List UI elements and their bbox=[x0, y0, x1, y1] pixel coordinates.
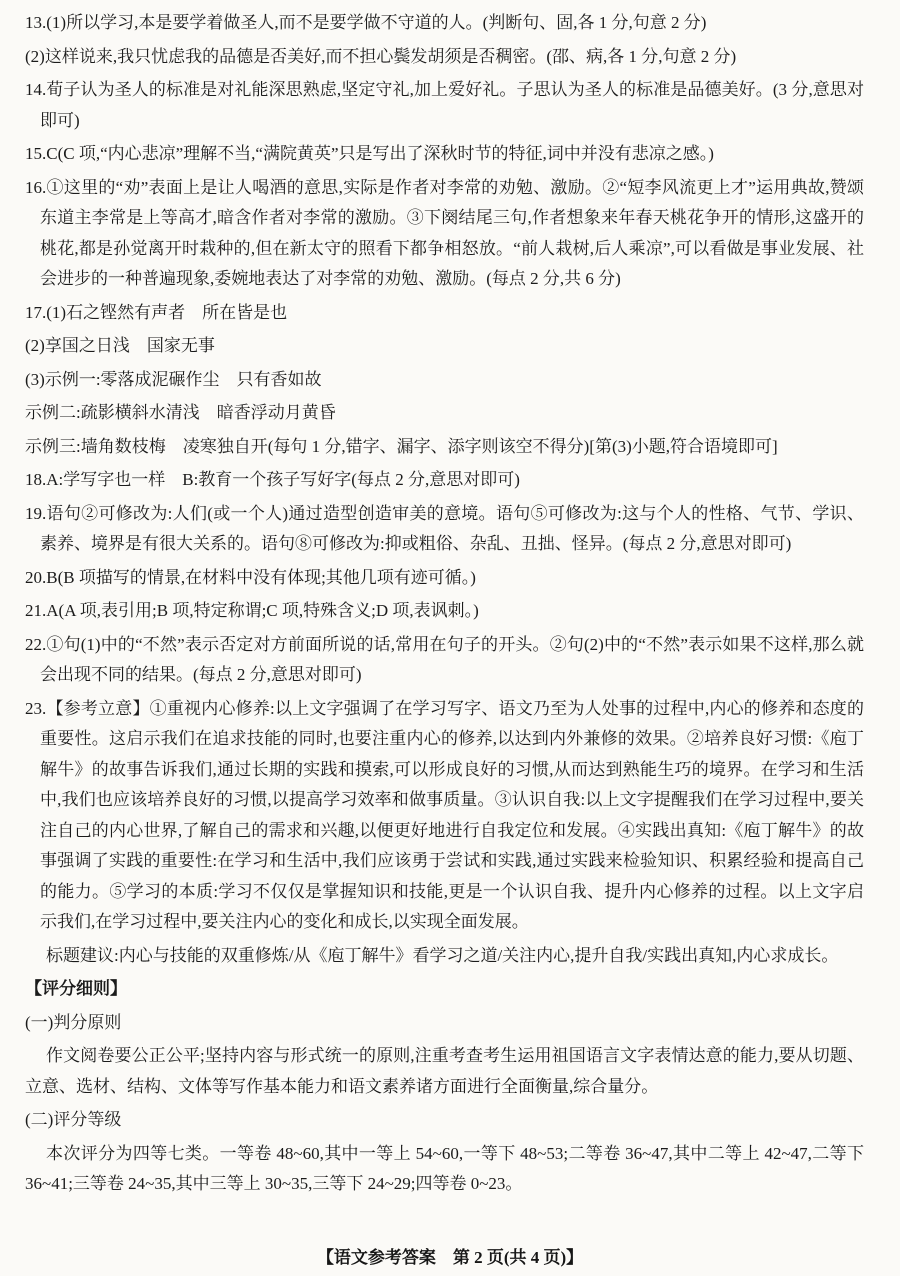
page-footer: 【语文参考答案 第 2 页(共 4 页)】 bbox=[0, 1243, 900, 1268]
answer-19: 19.语句②可修改为:人们(或一个人)通过造型创造审美的意境。语句⑤可修改为:这… bbox=[25, 499, 864, 560]
answer-13-2: (2)这样说来,我只忧虑我的品德是否美好,而不担心鬓发胡须是否稠密。(邵、病,各… bbox=[25, 42, 864, 73]
answer-17-1: 17.(1)石之铿然有声者 所在皆是也 bbox=[25, 298, 864, 329]
answers-list: 13.(1)所以学习,本是要学着做圣人,而不是要学做不守道的人。(判断句、固,各… bbox=[0, 0, 900, 1200]
grading-principle-header: (一)判分原则 bbox=[25, 1008, 864, 1039]
grading-principle-body: 作文阅卷要公正公平;坚持内容与形式统一的原则,注重考查考生运用祖国语言文字表情达… bbox=[25, 1041, 864, 1102]
answer-18: 18.A:学写字也一样 B:教育一个孩子写好字(每点 2 分,意思对即可) bbox=[25, 465, 864, 496]
answer-21: 21.A(A 项,表引用;B 项,特定称谓;C 项,特殊含义;D 项,表讽刺。) bbox=[25, 596, 864, 627]
answer-14: 14.荀子认为圣人的标准是对礼能深思熟虑,坚定守礼,加上爱好礼。子思认为圣人的标… bbox=[25, 75, 864, 136]
answer-17-2: (2)享国之日浅 国家无事 bbox=[25, 331, 864, 362]
grading-level-body: 本次评分为四等七类。一等卷 48~60,其中一等上 54~60,一等下 48~5… bbox=[25, 1139, 864, 1200]
answer-17-3: (3)示例一:零落成泥碾作尘 只有香如故 bbox=[25, 365, 864, 396]
answer-22: 22.①句(1)中的“不然”表示否定对方前面所说的话,常用在句子的开头。②句(2… bbox=[25, 630, 864, 691]
grading-level-header: (二)评分等级 bbox=[25, 1105, 864, 1136]
answer-15: 15.C(C 项,“内心悲凉”理解不当,“满院黄英”只是写出了深秋时节的特征,词… bbox=[25, 139, 864, 170]
answer-17-3c: 示例三:墙角数枝梅 凌寒独自开(每句 1 分,错字、漏字、添字则该空不得分)[第… bbox=[25, 432, 864, 463]
grading-rules-header: 【评分细则】 bbox=[25, 974, 864, 1005]
answer-23: 23.【参考立意】①重视内心修养:以上文字强调了在学习写字、语文乃至为人处事的过… bbox=[25, 694, 864, 938]
answer-23-title: 标题建议:内心与技能的双重修炼/从《庖丁解牛》看学习之道/关注内心,提升自我/实… bbox=[25, 941, 864, 972]
document-page: 13.(1)所以学习,本是要学着做圣人,而不是要学做不守道的人。(判断句、固,各… bbox=[0, 0, 900, 1276]
answer-16: 16.①这里的“劝”表面上是让人喝酒的意思,实际是作者对李常的劝勉、激励。②“短… bbox=[25, 173, 864, 295]
answer-13-1: 13.(1)所以学习,本是要学着做圣人,而不是要学做不守道的人。(判断句、固,各… bbox=[25, 8, 864, 39]
answer-17-3b: 示例二:疏影横斜水清浅 暗香浮动月黄昏 bbox=[25, 398, 864, 429]
answer-20: 20.B(B 项描写的情景,在材料中没有体现;其他几项有迹可循。) bbox=[25, 563, 864, 594]
